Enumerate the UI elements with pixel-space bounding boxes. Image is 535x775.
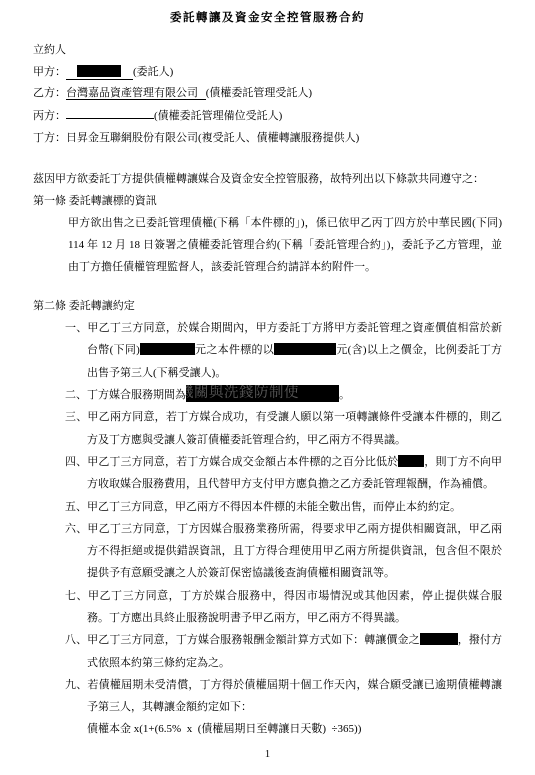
article-2-item-2: 二、丁方媒合服務期間為府機關與洗錢防制使。: [65, 384, 502, 406]
item-text: 甲乙丁三方同意，甲乙兩方不得因本件標的未能全數出售，而停止本約約定。: [87, 501, 461, 513]
article-1-body: 甲方欲出售之已委託管理債權(下稱「本件標的」)，係已依甲乙丙丁四方於中華民國(下…: [68, 212, 502, 279]
parties-heading: 立約人: [33, 40, 502, 62]
item-number: 八、: [65, 634, 87, 646]
party-line-ding: 丁方：日昇金互聯網股份有限公司(複受託人、債權轉讓服務提供人): [33, 128, 502, 150]
item-number: 四、: [65, 456, 87, 468]
article-2-item-3: 三、甲乙兩方同意，若丁方媒合成功，有受讓人願以第一項轉讓條件受讓本件標的，則乙方…: [65, 406, 502, 451]
party-bing-blank-underline: [66, 105, 154, 119]
item-number: 六、: [65, 523, 87, 535]
item-text: 甲乙丁三方同意，丁方於媒合服務中，得因市場情況或其他因素，停止提供媒合服務。丁方…: [87, 590, 502, 624]
party-yi-role: (債權委託管理受託人): [206, 87, 312, 99]
party-yi-label: 乙方：: [33, 87, 66, 99]
redaction-box: [398, 455, 424, 467]
item-text: 。: [339, 389, 350, 401]
item-text: 元之本件標的以: [195, 344, 274, 356]
article-2-item-7: 七、甲乙丁三方同意，丁方於媒合服務中，得因市場情況或其他因素，停止提供媒合服務。…: [65, 585, 502, 630]
article-2: 第二條 委託轉讓約定 一、甲乙丁三方同意，於媒合期間內，甲方委託丁方將甲方委託管…: [33, 295, 502, 741]
party-jia-underline: [66, 65, 133, 80]
item-text: 甲乙丁三方同意，若丁方媒合成交金額占本件標的之百分比低於: [87, 456, 398, 468]
article-2-item-4: 四、甲乙丁三方同意，若丁方媒合成交金額占本件標的之百分比低於，則丁方不向甲方收取…: [65, 451, 502, 496]
overdue-transfer-formula: 債權本金 x(1+(6.5% x (債權屆期日至轉讓日天數) ÷365)): [87, 718, 502, 740]
party-ding-role: (複受託人、債權轉讓服務提供人): [198, 132, 359, 144]
party-line-bing: 丙方：(債權委託管理備位受託人): [33, 105, 502, 128]
preamble: 茲因甲方欲委託丁方提供債權轉讓媒合及資金安全控管服務，故特列出以下條款共同遵守之…: [33, 168, 502, 190]
redaction-box: [420, 633, 458, 645]
article-2-item-1: 一、甲乙丁三方同意，於媒合期間內，甲方委託丁方將甲方委託管理之資產價值相當於新台…: [65, 317, 502, 384]
article-1: 第一條 委託轉讓標的資訊 甲方欲出售之已委託管理債權(下稱「本件標的」)，係已依…: [33, 190, 502, 279]
item-text: 甲乙丁三方同意，丁方媒合服務報酬金額計算方式如下：轉讓價金之: [87, 634, 420, 646]
party-jia-label: 甲方：: [33, 66, 66, 78]
article-1-heading: 第一條 委託轉讓標的資訊: [33, 190, 502, 212]
party-jia-role: (委託人): [133, 66, 173, 78]
item-text: 若債權屆期未受清償，丁方得於債權屆期十個工作天內，媒合願受讓已逾期債權轉讓予第三…: [87, 679, 502, 713]
item-text: 甲乙兩方同意，若丁方媒合成功，有受讓人願以第一項轉讓條件受讓本件標的，則乙方及丁…: [87, 411, 502, 445]
party-ding-label: 丁方：: [33, 132, 66, 144]
article-2-item-8: 八、甲乙丁三方同意，丁方媒合服務報酬金額計算方式如下：轉讓價金之，撥付方式依照本…: [65, 629, 502, 674]
item-number: 九、: [65, 679, 87, 691]
article-2-item-6: 六、甲乙丁三方同意，丁方因媒合服務業務所需，得要求甲乙兩方提供相關資訊，甲乙兩方…: [65, 518, 502, 585]
article-2-item-9: 九、若債權屆期未受清償，丁方得於債權屆期十個工作天內，媒合願受讓已逾期債權轉讓予…: [65, 674, 502, 719]
item-text: 甲乙丁三方同意，丁方因媒合服務業務所需，得要求甲乙兩方提供相關資訊，甲乙兩方不得…: [87, 523, 502, 580]
party-ding-name: 日昇金互聯網股份有限公司: [66, 132, 198, 144]
article-2-item-5: 五、甲乙丁三方同意，甲乙兩方不得因本件標的未能全數出售，而停止本約約定。: [65, 496, 502, 518]
document-title: 委託轉讓及資金安全控管服務合約: [33, 9, 502, 25]
item-number: 三、: [65, 411, 87, 423]
article-2-items: 一、甲乙丁三方同意，於媒合期間內，甲方委託丁方將甲方委託管理之資產價值相當於新台…: [65, 317, 502, 741]
redaction-box: [274, 343, 336, 355]
redaction-box: [77, 65, 121, 77]
parties-section: 立約人 甲方：(委託人) 乙方：台灣嘉品資產管理有限公司 (債權委託管理受託人)…: [33, 40, 502, 150]
party-line-yi: 乙方：台灣嘉品資產管理有限公司 (債權委託管理受託人): [33, 83, 502, 105]
party-bing-role: (債權委託管理備位受託人): [154, 110, 282, 122]
contract-page: 委託轉讓及資金安全控管服務合約 立約人 甲方：(委託人) 乙方：台灣嘉品資產管理…: [0, 0, 535, 775]
article-2-heading: 第二條 委託轉讓約定: [33, 295, 502, 317]
item-number: 七、: [65, 590, 88, 602]
party-bing-label: 丙方：: [33, 110, 66, 122]
party-line-jia: 甲方：(委託人): [33, 62, 502, 84]
redaction-box: [140, 343, 195, 355]
redaction-box-with-watermark: 府機關與洗錢防制使: [186, 385, 339, 402]
item-text: 丁方媒合服務期間為: [87, 389, 186, 401]
item-number: 一、: [65, 322, 87, 334]
page-number: 1: [0, 749, 535, 760]
item-number: 五、: [65, 501, 87, 513]
item-number: 二、: [65, 389, 87, 401]
party-yi-name: 台灣嘉品資產管理有限公司: [66, 87, 206, 100]
